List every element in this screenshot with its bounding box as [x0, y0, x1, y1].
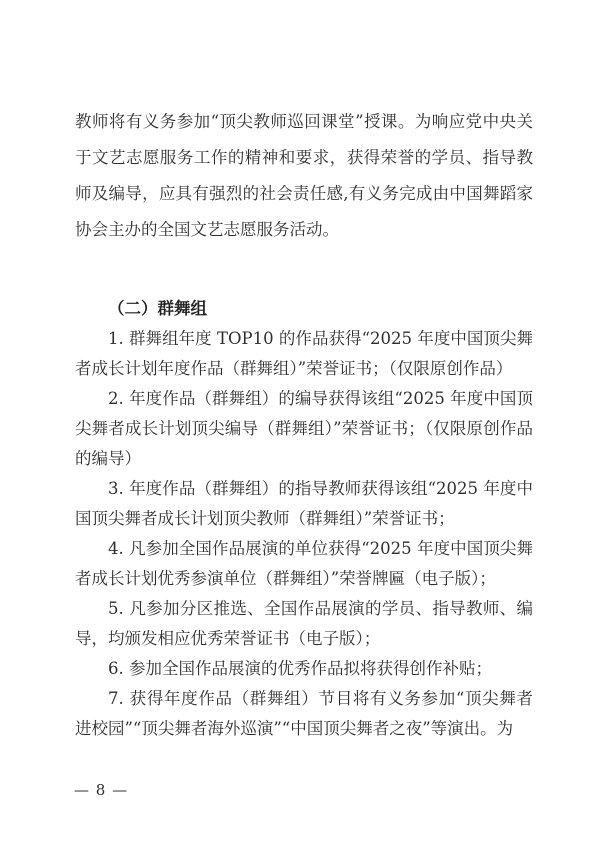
document-body: 教师将有义务参加“顶尖教师巡回课堂”授课。为响应党中央关于文艺志愿服务工作的精神…: [75, 104, 533, 744]
list-item-4: 4. 凡参加全国作品展演的单位获得“2025 年度中国顶尖舞者成长计划优秀参演单…: [75, 534, 533, 594]
list-item-6: 6. 参加全国作品展演的优秀作品拟将获得创作补贴；: [75, 654, 533, 684]
page-number: — 8 —: [74, 781, 128, 799]
list-item-7: 7. 获得年度作品（群舞组）节目将有义务参加“顶尖舞者进校园”“顶尖舞者海外巡演…: [75, 684, 533, 744]
list-item-5: 5. 凡参加分区推选、全国作品展演的学员、指导教师、编导，均颁发相应优秀荣誉证书…: [75, 594, 533, 654]
continuation-paragraph: 教师将有义务参加“顶尖教师巡回课堂”授课。为响应党中央关于文艺志愿服务工作的精神…: [75, 104, 533, 248]
document-page: 教师将有义务参加“顶尖教师巡回课堂”授课。为响应党中央关于文艺志愿服务工作的精神…: [0, 0, 600, 848]
list-item-2: 2. 年度作品（群舞组）的编导获得该组“2025 年度中国顶尖舞者成长计划顶尖编…: [75, 384, 533, 474]
list-item-3: 3. 年度作品（群舞组）的指导教师获得该组“2025 年度中国顶尖舞者成长计划顶…: [75, 474, 533, 534]
list-item-1: 1. 群舞组年度 TOP10 的作品获得“2025 年度中国顶尖舞者成长计划年度…: [75, 324, 533, 384]
section-heading-group-dance: （二）群舞组: [75, 294, 533, 324]
